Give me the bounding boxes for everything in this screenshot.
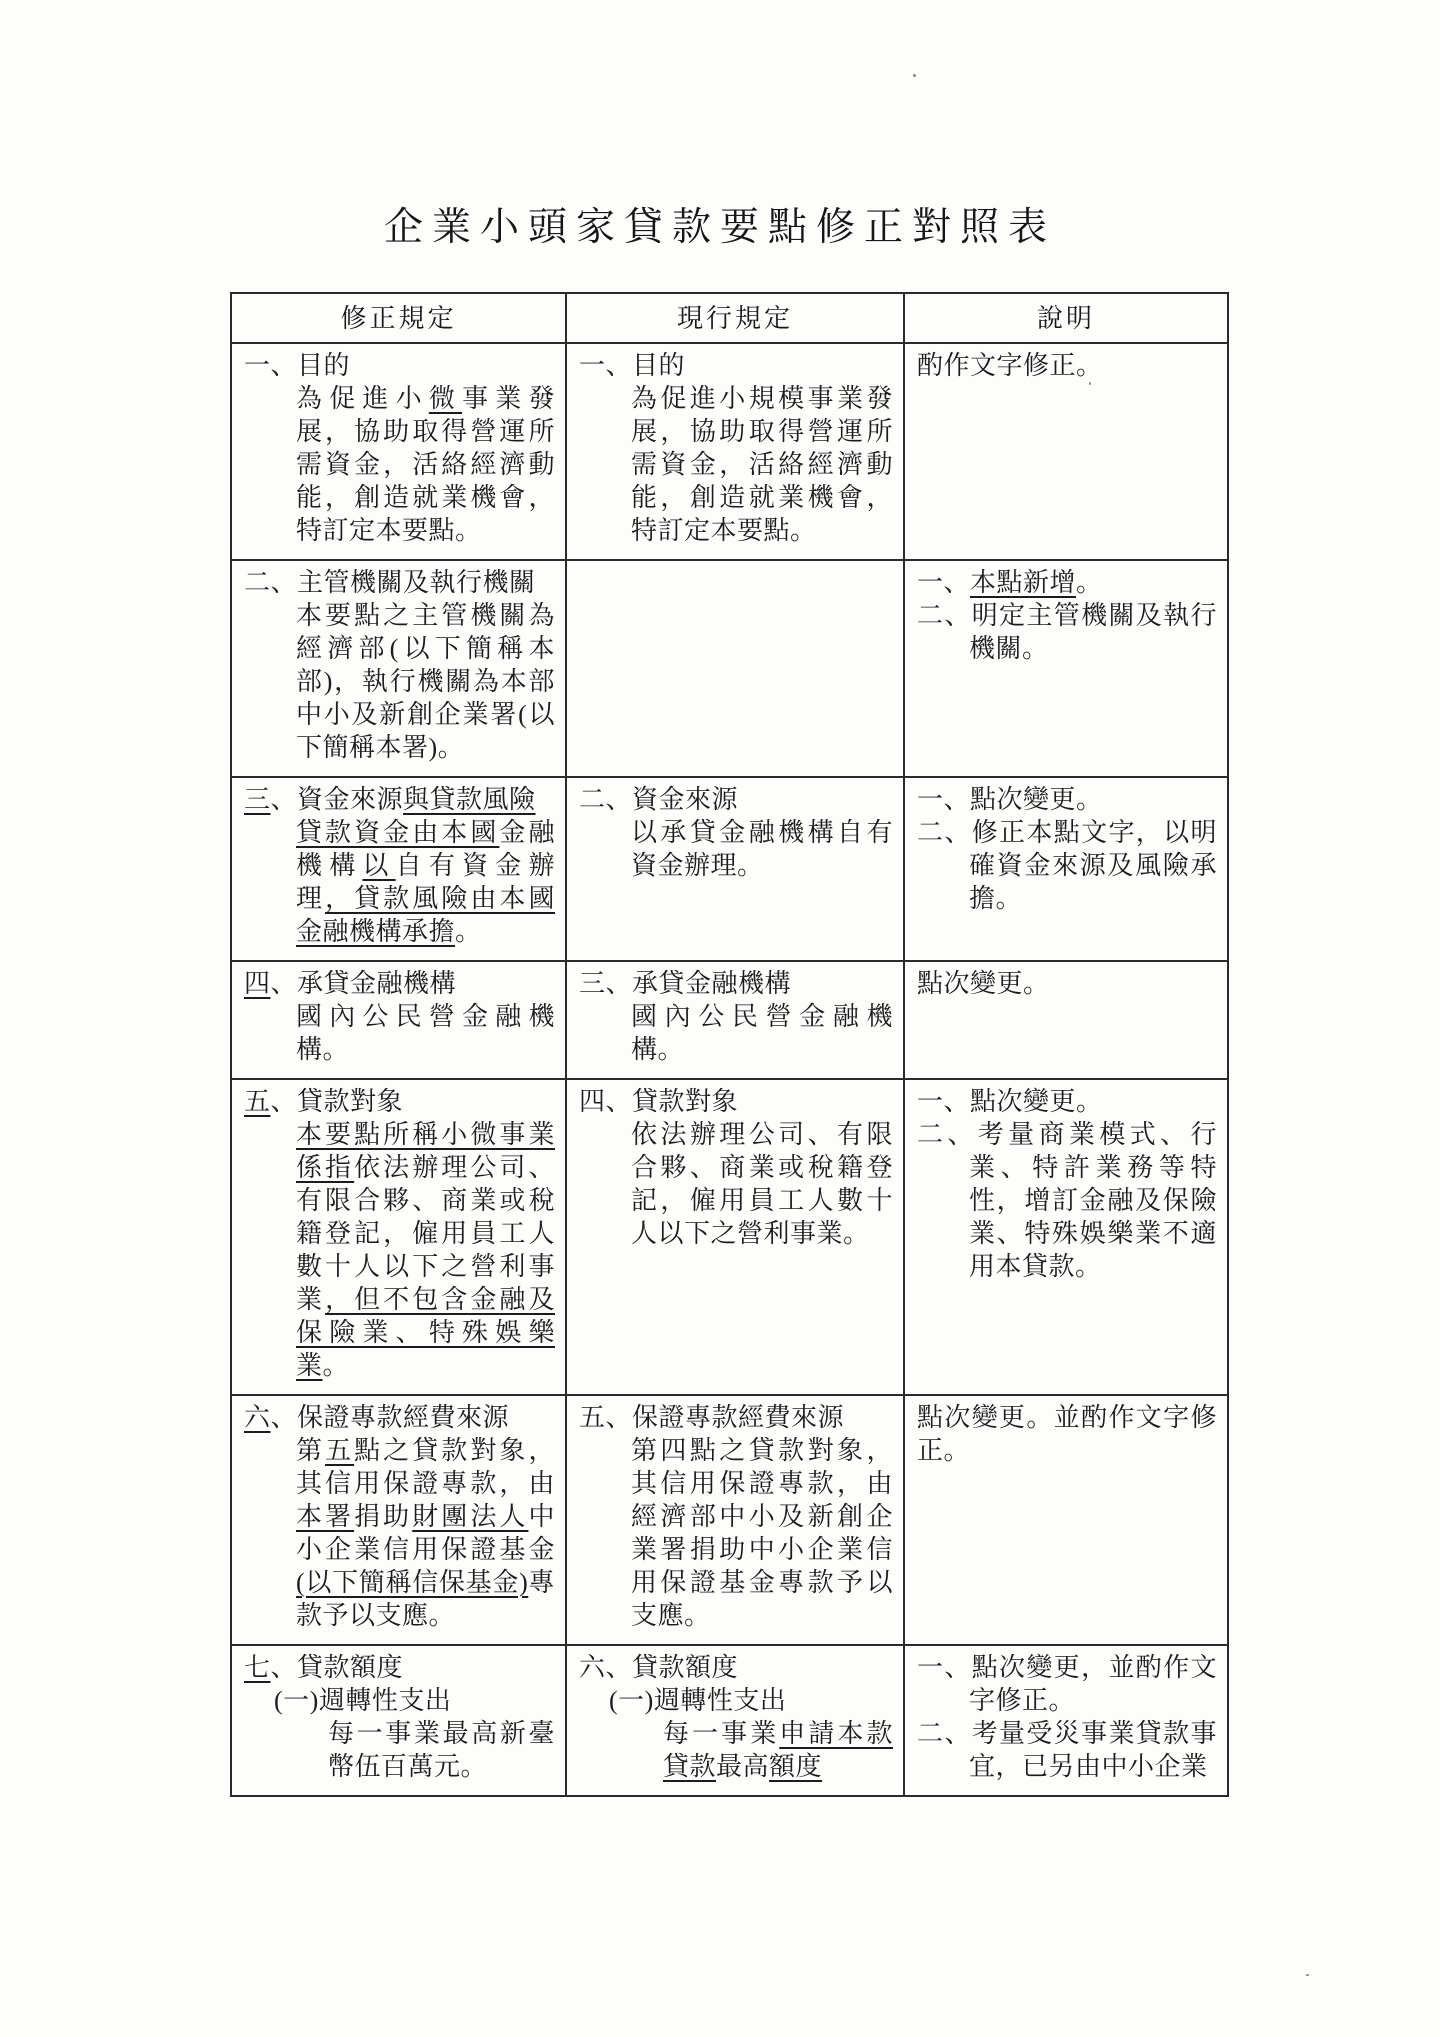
text: (一)週轉性支出 [609, 1686, 786, 1715]
cell-current: 一、目的為促進小規模事業發展，協助取得營運所需資金，活絡經濟動能，創造就業機會，… [566, 343, 904, 560]
paragraph: 七、貸款額度 [244, 1651, 555, 1684]
cell-revised: 一、目的為促進小微事業發展，協助取得營運所需資金，活絡經濟動能，創造就業機會，特… [231, 343, 566, 560]
table-row: 三、資金來源與貸款風險貸款資金由本國金融機構以自有資金辦理，貸款風險由本國金融機… [231, 777, 1228, 961]
text: 二、資金來源 [579, 785, 738, 814]
paragraph: 二、考量商業模式、行業、特許業務等特性，增訂金融及保險業、特殊娛樂業不適用本貸款… [917, 1118, 1217, 1283]
text: 國內公民營金融機構。 [296, 1002, 555, 1064]
text: 二、考量受災事業貸款事宜，已另由中小企業 [917, 1719, 1217, 1781]
text: 依法辦理公司、有限合夥、商業或稅籍登記，僱用員工人數十人以下之營利事業。 [631, 1120, 893, 1248]
text: 點次變更。並酌作文字修正。 [917, 1403, 1217, 1465]
cell-note: 一、本點新增。二、明定主管機關及執行機關。 [904, 560, 1228, 777]
text: 國內公民營金融機構。 [631, 1002, 893, 1064]
paragraph: 點次變更。 [917, 967, 1217, 1000]
cell-revised: 二、主管機關及執行機關本要點之主管機關為經濟部(以下簡稱本部)，執行機關為本部中… [231, 560, 566, 777]
text: 。 [1076, 568, 1103, 597]
paragraph: 四、承貸金融機構 [244, 967, 555, 1000]
paragraph: 一、點次變更。 [917, 783, 1217, 816]
cell-note: 一、點次變更。二、修正本點文字，以明確資金來源及風險承擔。 [904, 777, 1228, 961]
cell-note: 點次變更。 [904, 961, 1228, 1079]
cell-revised: 三、資金來源與貸款風險貸款資金由本國金融機構以自有資金辦理，貸款風險由本國金融機… [231, 777, 566, 961]
underlined-text: 五 [244, 1087, 271, 1116]
text: 三、承貸金融機構 [579, 969, 791, 998]
cell-revised: 七、貸款額度(一)週轉性支出每一事業最高新臺幣伍百萬元。 [231, 1645, 566, 1796]
scan-speck [1306, 1974, 1309, 1976]
table-row: 二、主管機關及執行機關本要點之主管機關為經濟部(以下簡稱本部)，執行機關為本部中… [231, 560, 1228, 777]
paragraph: 每一事業最高新臺幣伍百萬元。 [244, 1717, 555, 1783]
underlined-text: 以 [362, 851, 395, 880]
text: 酌作文字修正。 [917, 351, 1103, 380]
underlined-text: 財團法人 [412, 1502, 528, 1531]
paragraph: 三、承貸金融機構 [579, 967, 893, 1000]
paragraph: 第五點之貸款對象，其信用保證專款，由本署捐助財團法人中小企業信用保證基金(以下簡… [244, 1434, 555, 1632]
paragraph: 四、貸款對象 [579, 1085, 893, 1118]
paragraph: 六、保證專款經費來源 [244, 1401, 555, 1434]
paragraph: 一、目的 [579, 349, 893, 382]
paragraph: 點次變更。並酌作文字修正。 [917, 1401, 1217, 1467]
text: 一、點次變更，並酌作文字修正。 [917, 1653, 1217, 1715]
cell-current [566, 560, 904, 777]
text: 、承貸金融機構 [271, 969, 457, 998]
text: 捐助 [354, 1502, 412, 1531]
table-header-row: 修正規定 現行規定 說明 [231, 293, 1228, 343]
paragraph: 國內公民營金融機構。 [579, 1000, 893, 1066]
paragraph: 五、保證專款經費來源 [579, 1401, 893, 1434]
text: 一、目的 [579, 351, 685, 380]
text: 、資金來源 [271, 785, 404, 814]
cell-note: 一、點次變更。二、考量商業模式、行業、特許業務等特性，增訂金融及保險業、特殊娛樂… [904, 1079, 1228, 1395]
text: 一、點次變更。 [917, 785, 1103, 814]
column-header-current: 現行規定 [566, 293, 904, 343]
underlined-text: 五 [325, 1436, 354, 1465]
comparison-table: 修正規定 現行規定 說明 一、目的為促進小微事業發展，協助取得營運所需資金，活絡… [230, 292, 1229, 1797]
table-row: 六、保證專款經費來源第五點之貸款對象，其信用保證專款，由本署捐助財團法人中小企業… [231, 1395, 1228, 1645]
text: 一、點次變更。 [917, 1087, 1103, 1116]
underlined-text: 貸款資金由本國 [296, 818, 499, 847]
underlined-text: 六 [244, 1403, 271, 1432]
cell-current: 二、資金來源以承貸金融機構自有資金辦理。 [566, 777, 904, 961]
paragraph: 貸款資金由本國金融機構以自有資金辦理，貸款風險由本國金融機構承擔。 [244, 816, 555, 948]
cell-note: 點次變更。並酌作文字修正。 [904, 1395, 1228, 1645]
paragraph: (一)週轉性支出 [244, 1684, 555, 1717]
text: 二、考量商業模式、行業、特許業務等特性，增訂金融及保險業、特殊娛樂業不適用本貸款… [917, 1120, 1217, 1281]
underlined-text: ，貸款風險由本國金融機構承擔 [296, 884, 555, 946]
text: 以承貸金融機構自有資金辦理。 [631, 818, 893, 880]
cell-revised: 四、承貸金融機構國內公民營金融機構。 [231, 961, 566, 1079]
text: 每一事業 [663, 1719, 779, 1748]
paragraph: 一、點次變更，並酌作文字修正。 [917, 1651, 1217, 1717]
text: 、貸款對象 [271, 1087, 404, 1116]
paragraph: 本要點之主管機關為經濟部(以下簡稱本部)，執行機關為本部中小及新創企業署(以下簡… [244, 599, 555, 764]
text: 每一事業最高新臺幣伍百萬元。 [328, 1719, 555, 1781]
table-row: 四、承貸金融機構國內公民營金融機構。三、承貸金融機構國內公民營金融機構。點次變更… [231, 961, 1228, 1079]
paragraph: 二、主管機關及執行機關 [244, 566, 555, 599]
underlined-text: 額度 [769, 1752, 822, 1781]
paragraph: 酌作文字修正。 [917, 349, 1217, 382]
text: 一、 [917, 568, 970, 597]
paragraph: 為促進小規模事業發展，協助取得營運所需資金，活絡經濟動能，創造就業機會，特訂定本… [579, 382, 893, 547]
paragraph: 三、資金來源與貸款風險 [244, 783, 555, 816]
cell-note: 酌作文字修正。 [904, 343, 1228, 560]
text: 點次變更。 [917, 969, 1050, 998]
table-row: 七、貸款額度(一)週轉性支出每一事業最高新臺幣伍百萬元。六、貸款額度(一)週轉性… [231, 1645, 1228, 1796]
text: 。 [455, 917, 482, 946]
text: 為促進小 [296, 384, 429, 413]
paragraph: 國內公民營金融機構。 [244, 1000, 555, 1066]
text: 五、保證專款經費來源 [579, 1403, 844, 1432]
text: 最高 [716, 1752, 769, 1781]
underlined-text: 七 [244, 1653, 271, 1682]
text: 。 [323, 1351, 350, 1380]
table-row: 一、目的為促進小微事業發展，協助取得營運所需資金，活絡經濟動能，創造就業機會，特… [231, 343, 1228, 560]
paragraph: 一、本點新增。 [917, 566, 1217, 599]
cell-note: 一、點次變更，並酌作文字修正。二、考量受災事業貸款事宜，已另由中小企業 [904, 1645, 1228, 1796]
scanned-document-page: 企業小頭家貸款要點修正對照表 修正規定 現行規定 說明 一、目的為促進小微事業發… [0, 0, 1440, 2037]
underlined-text: 本點新增 [970, 568, 1076, 597]
column-header-note: 說明 [904, 293, 1228, 343]
scan-speck [1089, 382, 1091, 385]
paragraph: 為促進小微事業發展，協助取得營運所需資金，活絡經濟動能，創造就業機會，特訂定本要… [244, 382, 555, 547]
paragraph: (一)週轉性支出 [579, 1684, 893, 1717]
paragraph: 五、貸款對象 [244, 1085, 555, 1118]
table-row: 五、貸款對象本要點所稱小微事業係指依法辦理公司、有限合夥、商業或稅籍登記，僱用員… [231, 1079, 1228, 1395]
text: 、貸款額度 [271, 1653, 404, 1682]
paragraph: 依法辦理公司、有限合夥、商業或稅籍登記，僱用員工人數十人以下之營利事業。 [579, 1118, 893, 1250]
paragraph: 二、明定主管機關及執行機關。 [917, 599, 1217, 665]
table-body: 一、目的為促進小微事業發展，協助取得營運所需資金，活絡經濟動能，創造就業機會，特… [231, 343, 1228, 1796]
scan-speck [913, 74, 916, 77]
paragraph: 以承貸金融機構自有資金辦理。 [579, 816, 893, 882]
text: 第 [296, 1436, 325, 1465]
paragraph: 二、考量受災事業貸款事宜，已另由中小企業 [917, 1717, 1217, 1783]
text: 二、明定主管機關及執行機關。 [917, 601, 1217, 663]
text: 六、貸款額度 [579, 1653, 738, 1682]
paragraph: 本要點所稱小微事業係指依法辦理公司、有限合夥、商業或稅籍登記，僱用員工人數十人以… [244, 1118, 555, 1382]
paragraph: 一、目的 [244, 349, 555, 382]
text: 四、貸款對象 [579, 1087, 738, 1116]
text: 二、修正本點文字，以明確資金來源及風險承擔。 [917, 818, 1217, 913]
text: 為促進小規模事業發展，協助取得營運所需資金，活絡經濟動能，創造就業機會，特訂定本… [631, 384, 893, 545]
underlined-text: 三 [244, 785, 271, 814]
underlined-text: 微 [429, 384, 462, 413]
document-title: 企業小頭家貸款要點修正對照表 [0, 196, 1440, 252]
cell-revised: 五、貸款對象本要點所稱小微事業係指依法辦理公司、有限合夥、商業或稅籍登記，僱用員… [231, 1079, 566, 1395]
cell-current: 六、貸款額度(一)週轉性支出每一事業申請本款貸款最高額度 [566, 1645, 904, 1796]
cell-current: 五、保證專款經費來源第四點之貸款對象，其信用保證專款，由經濟部中小及新創企業署捐… [566, 1395, 904, 1645]
text: 二、主管機關及執行機關 [244, 568, 536, 597]
paragraph: 二、修正本點文字，以明確資金來源及風險承擔。 [917, 816, 1217, 915]
underlined-text: (以下簡稱信保基金) [296, 1568, 528, 1597]
underlined-text: 與貸款風險 [403, 785, 536, 814]
text: 本要點之主管機關為經濟部(以下簡稱本部)，執行機關為本部中小及新創企業署(以下簡… [296, 601, 555, 762]
text: 一、目的 [244, 351, 350, 380]
paragraph: 一、點次變更。 [917, 1085, 1217, 1118]
underlined-text: 四 [244, 969, 271, 998]
paragraph: 二、資金來源 [579, 783, 893, 816]
cell-current: 三、承貸金融機構國內公民營金融機構。 [566, 961, 904, 1079]
paragraph: 每一事業申請本款貸款最高額度 [579, 1717, 893, 1783]
text: 第四點之貸款對象，其信用保證專款，由經濟部中小及新創企業署捐助中小企業信用保證基… [631, 1436, 893, 1630]
text: (一)週轉性支出 [274, 1686, 451, 1715]
paragraph: 六、貸款額度 [579, 1651, 893, 1684]
cell-current: 四、貸款對象依法辦理公司、有限合夥、商業或稅籍登記，僱用員工人數十人以下之營利事… [566, 1079, 904, 1395]
column-header-revised: 修正規定 [231, 293, 566, 343]
underlined-text: 本署 [296, 1502, 354, 1531]
text: 、保證專款經費來源 [271, 1403, 510, 1432]
paragraph: 第四點之貸款對象，其信用保證專款，由經濟部中小及新創企業署捐助中小企業信用保證基… [579, 1434, 893, 1632]
cell-revised: 六、保證專款經費來源第五點之貸款對象，其信用保證專款，由本署捐助財團法人中小企業… [231, 1395, 566, 1645]
